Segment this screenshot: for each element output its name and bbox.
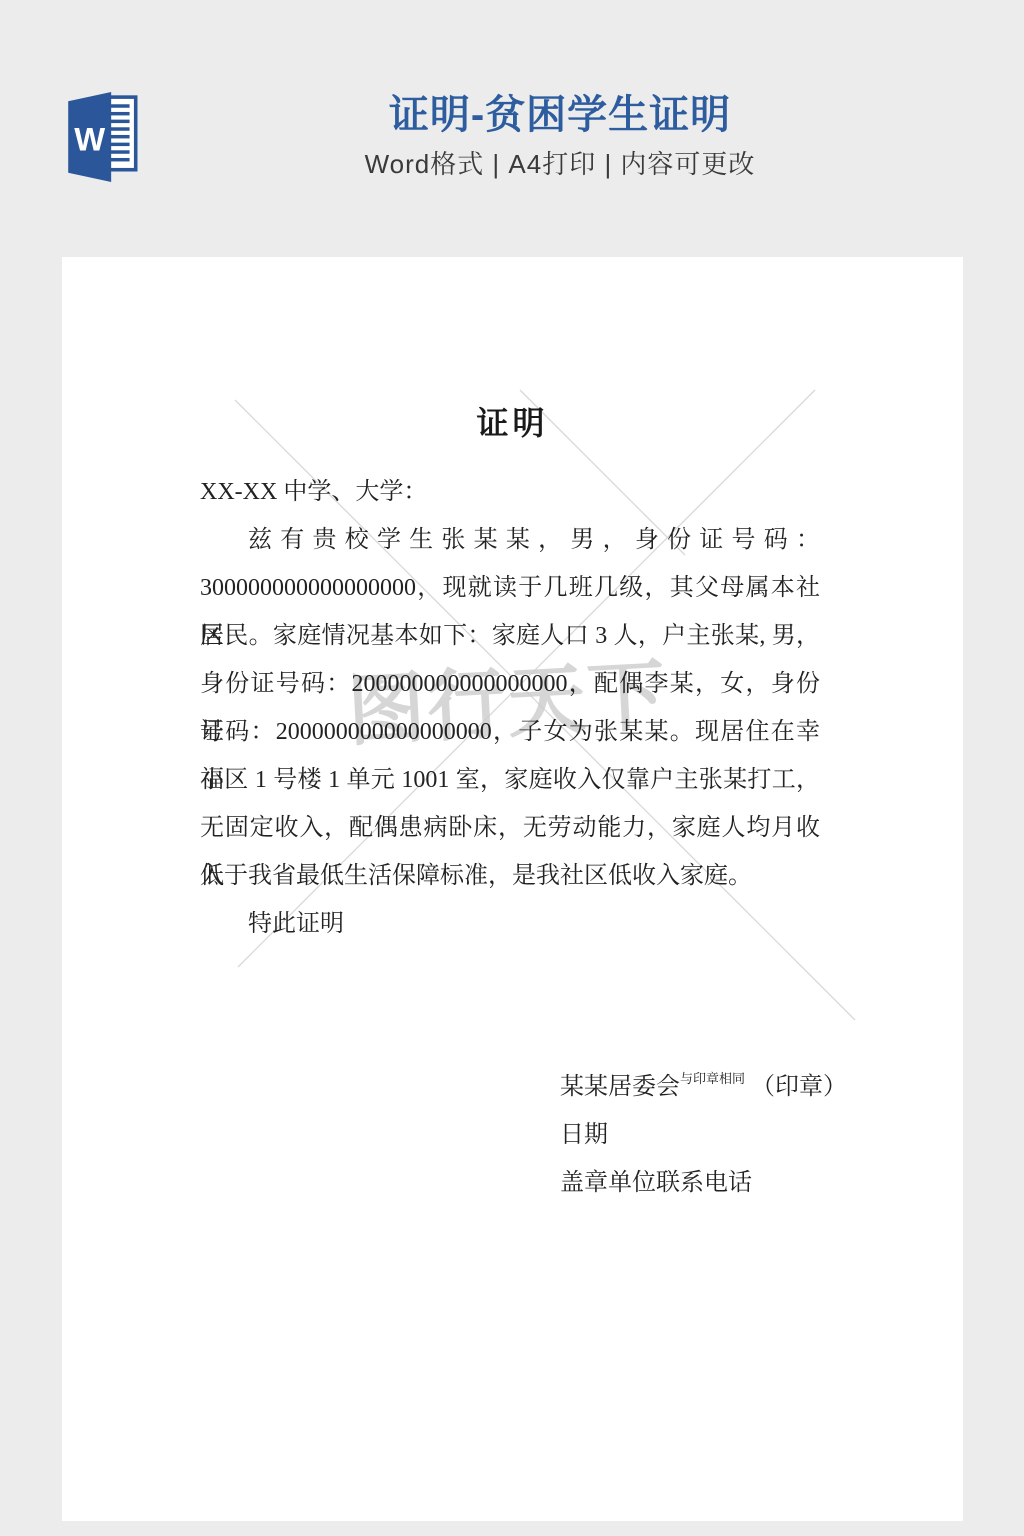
document-body: XX-XX 中学、大学： 兹有贵校学生张某某，男，身份证号码： 30000000…: [200, 468, 820, 948]
body-line: 身份证号码：200000000000000000，配偶李某，女，身份证: [200, 660, 820, 708]
header-banner: W 证明-贫困学生证明 Word格式 | A4打印 | 内容可更改: [0, 0, 1024, 230]
body-line: 小区 1 号楼 1 单元 1001 室，家庭收入仅靠户主张某打工，: [200, 756, 820, 804]
body-line: 低于我省最低生活保障标准，是我社区低收入家庭。: [200, 852, 820, 900]
body-line: 号码：200000000000000000，子女为张某某。现居住在幸福: [200, 708, 820, 756]
body-line: 居民。家庭情况基本如下：家庭人口 3 人，户主张某, 男，: [200, 612, 820, 660]
signature-org-line: 某某居委会与印章相同（印章）: [560, 1063, 847, 1111]
template-title: 证明-贫困学生证明: [96, 93, 1024, 137]
salutation-line: XX-XX 中学、大学：: [200, 468, 820, 516]
signature-org-superscript: 与印章相同: [680, 1055, 745, 1103]
signature-contact-line: 盖章单位联系电话: [560, 1159, 847, 1207]
document-title: 证明: [62, 398, 963, 444]
closing-line: 特此证明: [200, 900, 820, 948]
body-line: 无固定收入，配偶患病卧床，无劳动能力，家庭人均月收入: [200, 804, 820, 852]
template-subtitle: Word格式 | A4打印 | 内容可更改: [96, 149, 1024, 179]
signature-block: 某某居委会与印章相同（印章） 日期 盖章单位联系电话: [560, 1063, 847, 1207]
header-text-block: 证明-贫困学生证明 Word格式 | A4打印 | 内容可更改: [96, 93, 1024, 179]
signature-date-line: 日期: [560, 1111, 847, 1159]
body-line: 300000000000000000，现就读于几班几级，其父母属本社区: [200, 564, 820, 612]
document-page: 图行天下 证明 XX-XX 中学、大学： 兹有贵校学生张某某，男，身份证号码： …: [62, 257, 963, 1521]
body-line: 兹有贵校学生张某某，男，身份证号码：: [200, 516, 820, 564]
template-preview-screen: { "header": { "icon": "word-logo-icon", …: [0, 0, 1024, 1536]
signature-org: 某某居委会: [560, 1074, 680, 1100]
seal-placeholder: （印章）: [751, 1074, 847, 1100]
